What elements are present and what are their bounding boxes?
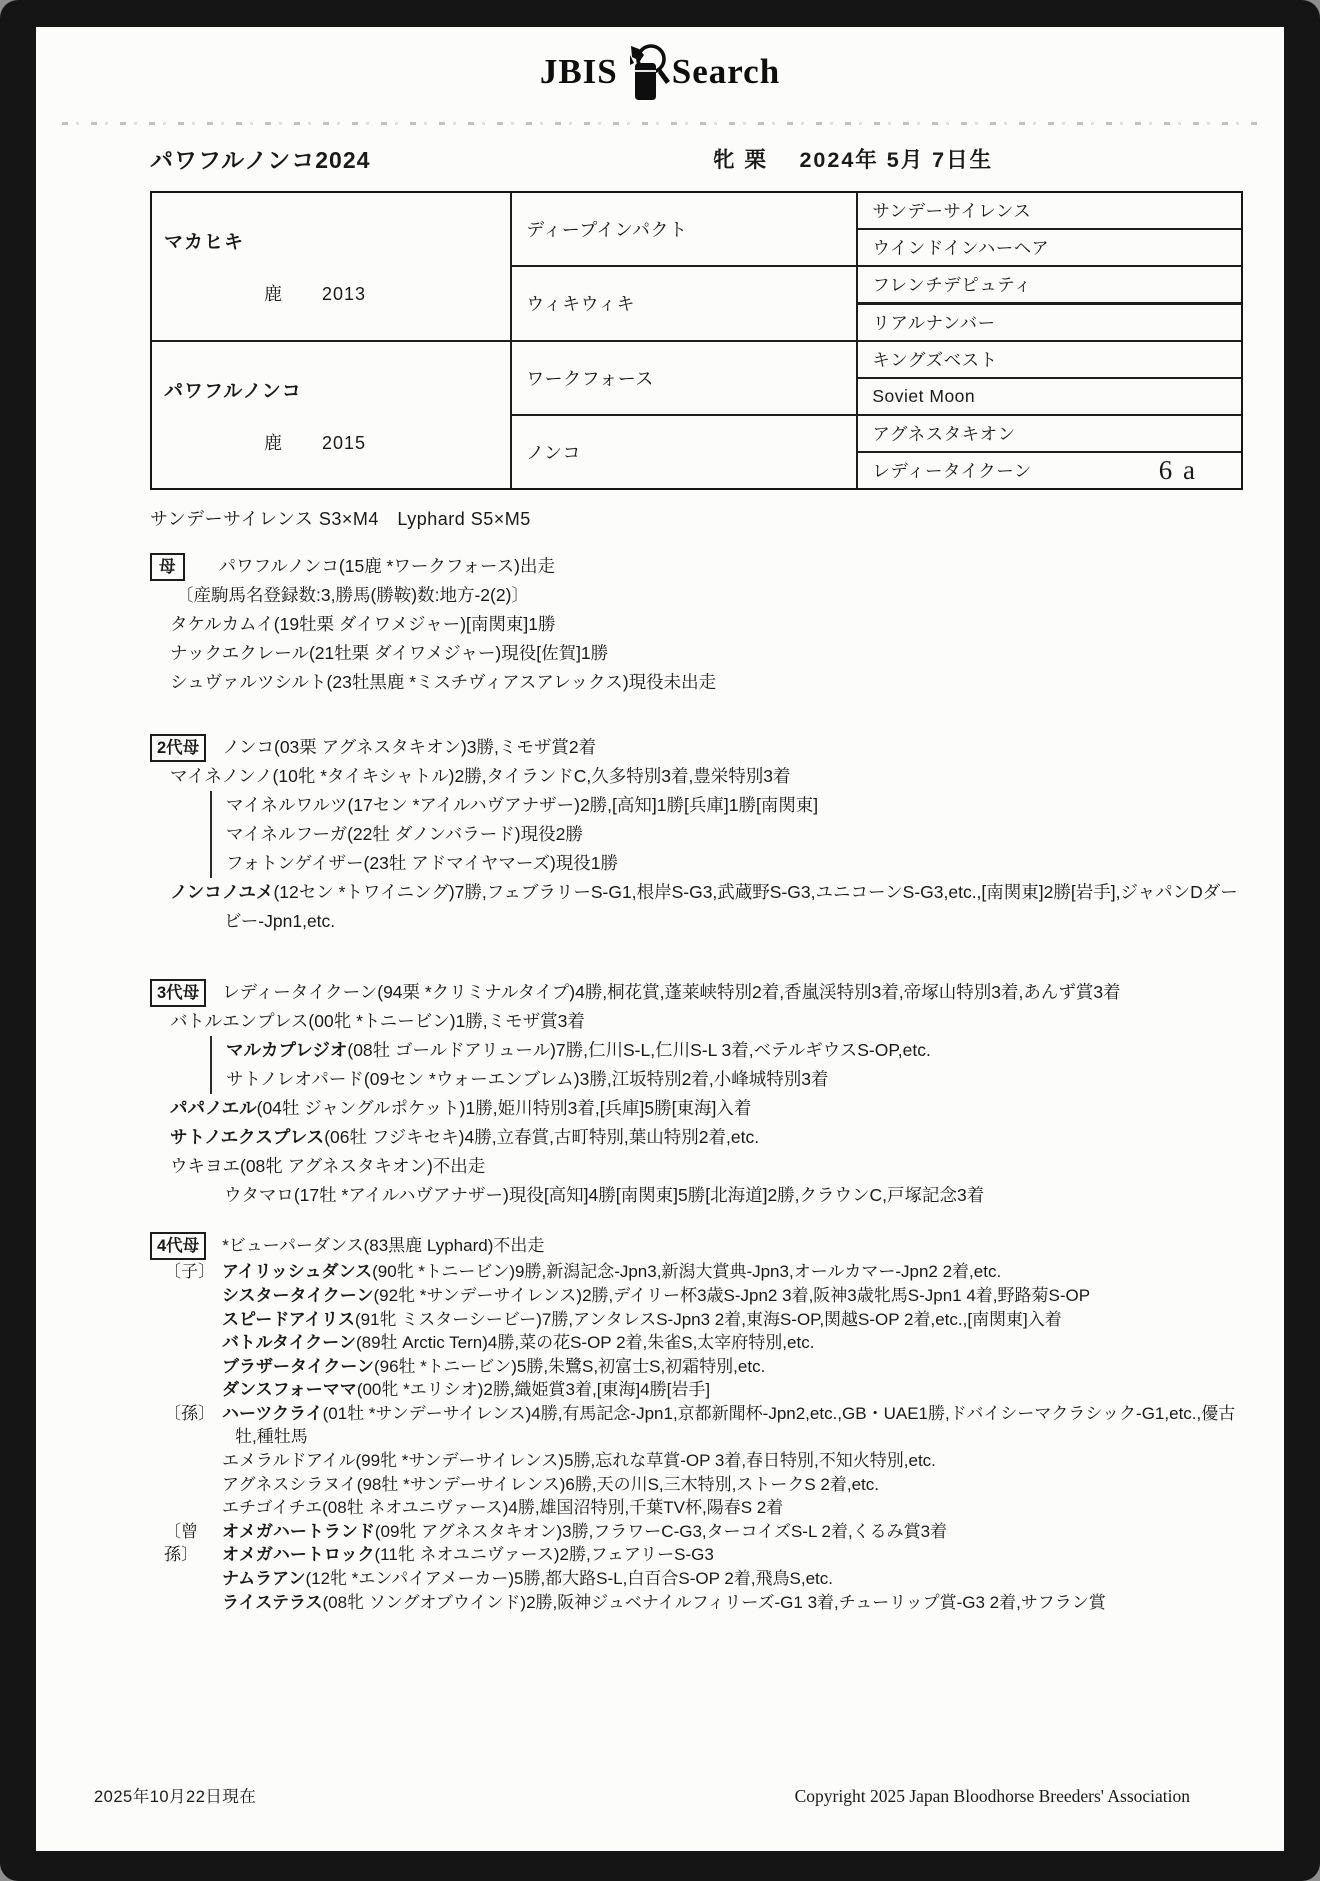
pedigree-entry: ナムラアン(12牝 *エンパイアメーカー)5勝,都大路S-L,白百合S-OP 2… xyxy=(222,1567,1246,1591)
document-content: パワフルノンコ2024 牝 栗 2024年 5月 7日生 マカヒキ 鹿2013 … xyxy=(150,142,1246,1614)
stakes-winner-name: ダンスフォーママ xyxy=(222,1380,357,1399)
pedigree-entry-text: (96牡 *トニービン)5勝,朱鷺S,初富士S,初霜特別,etc. xyxy=(374,1357,765,1376)
pedigree-entry: ブラザータイクーン(96牡 *トニービン)5勝,朱鷺S,初富士S,初霜特別,et… xyxy=(222,1355,1246,1379)
descendant-branch: マルカプレジオ(08牡 ゴールドアリュール)7勝,仁川S-L,仁川S-L 3着,… xyxy=(210,1036,1246,1094)
dam-coat: 鹿 xyxy=(264,433,282,453)
pedigree-entry: ダンスフォーママ(00牝 *エリシオ)2勝,織姫賞3着,[東海]4勝[岩手] xyxy=(222,1378,1246,1402)
stakes-winner-name: ナムラアン xyxy=(222,1569,305,1588)
dam-progeny-note: 〔産駒馬名登録数:3,勝馬(勝鞍)数:地方-2(2)〕 xyxy=(176,581,1246,610)
winner-name: サトノエクスプレス xyxy=(170,1127,324,1147)
logo-text-jbis: JBIS xyxy=(540,52,618,92)
descendant-branch: マイネルワルツ(17セン *アイルハヴアナザー)2勝,[高知]1勝[兵庫]1勝[… xyxy=(210,791,1246,878)
pedigree-line-text: (04牡 ジャングルポケット)1勝,姫川特別3着,[兵庫]5勝[東海]入着 xyxy=(257,1098,752,1118)
dam-year: 2015 xyxy=(322,433,366,453)
section-dam-label: 母 xyxy=(150,553,185,581)
stakes-winner-name: オメガハートロック xyxy=(222,1545,375,1564)
section-dam-head: 母パワフルノンコ(15鹿 *ワークフォース)出走 xyxy=(150,552,1246,581)
page-footer: 2025年10月22日現在 Copyright 2025 Japan Blood… xyxy=(94,1783,1190,1807)
pedigree-line: ノンコノユメ(12セン *トワイニング)7勝,フェブラリーS-G1,根岸S-G3… xyxy=(170,878,1246,936)
pedigree-line: ウキヨエ(08牝 アグネスタキオン)不出走 xyxy=(170,1152,1246,1181)
pedigree-entry: オメガハートランド(09牝 アグネスタキオン)3勝,フラワーC-G3,ターコイズ… xyxy=(222,1520,1246,1544)
section-dam: 母パワフルノンコ(15鹿 *ワークフォース)出走 〔産駒馬名登録数:3,勝馬(勝… xyxy=(150,552,1246,697)
section-third-dam-label: 3代母 xyxy=(150,979,206,1007)
group-entries: ハーツクライ(01牡 *サンデーサイレンス)4勝,有馬記念-Jpn1,京都新聞杯… xyxy=(222,1402,1246,1520)
section-third-dam-head-text: レディータイクーン(94栗 *クリミナルタイプ)4勝,桐花賞,蓬莱峡特別2着,香… xyxy=(222,982,1120,1002)
stakes-winner-name: シスタータイクーン xyxy=(222,1286,373,1305)
inbreeding-line: サンデーサイレンス S3×M4 Lyphard S5×M5 xyxy=(150,505,1246,531)
pedigree-cell-sire-sire: ディープインパクト xyxy=(512,193,856,265)
pedigree-cell-sire-dam: ウィキウィキ xyxy=(512,267,856,339)
winner-name: パパノエル xyxy=(170,1098,257,1118)
document-page: JBIS Search パワフルノンコ2024 牝 栗 2024年 5月 7日生… xyxy=(36,27,1284,1851)
title-row: パワフルノンコ2024 牝 栗 2024年 5月 7日生 xyxy=(150,142,1246,178)
pedigree-cell-gg2: ウインドインハーヘア xyxy=(858,230,1241,265)
pedigree-line: マイネルワルツ(17セン *アイルハヴアナザー)2勝,[高知]1勝[兵庫]1勝[… xyxy=(226,791,1246,820)
stakes-winner-name: マルカプレジオ xyxy=(226,1040,347,1060)
pedigree-line: フォトンゲイザー(23牡 アドマイヤマーズ)現役1勝 xyxy=(226,849,1246,878)
pedigree-cell-gg1: サンデーサイレンス xyxy=(858,193,1241,228)
section-fourth-dam-head: 4代母*ビューパーダンス(83黒鹿 Lyphard)不出走 xyxy=(150,1232,1246,1260)
pedigree-entry: ハーツクライ(01牡 *サンデーサイレンス)4勝,有馬記念-Jpn1,京都新聞杯… xyxy=(222,1402,1246,1449)
as-of-date: 2025年10月22日現在 xyxy=(94,1783,256,1807)
pedigree-cell-gg3: フレンチデピュティ xyxy=(858,267,1241,302)
pedigree-cell-sire: マカヒキ 鹿2013 xyxy=(152,193,510,340)
pedigree-line: サトノレオパード(09セン *ウォーエンブレム)3勝,江坂特別2着,小峰城特別3… xyxy=(226,1065,1246,1094)
dam-progeny-line: シュヴァルツシルト(23牡黒鹿 *ミスチヴィアスアレックス)現役未出走 xyxy=(170,668,1246,697)
dam-progeny-line: タケルカムイ(19牡栗 ダイワメジャー)[南関東]1勝 xyxy=(170,610,1246,639)
pedigree-cell-dam-dam: ノンコ xyxy=(512,416,856,488)
group-entries: アイリッシュダンス(90牝 *トニービン)9勝,新潟記念-Jpn3,新潟大賞典-… xyxy=(222,1260,1246,1402)
pedigree-line-text: (08牡 ゴールドアリュール)7勝,仁川S-L,仁川S-L 3着,ベテルギウスS… xyxy=(347,1040,930,1060)
pedigree-entry: シスタータイクーン(92牝 *サンデーサイレンス)2勝,デイリー杯3歳S-Jpn… xyxy=(222,1284,1246,1308)
pedigree-entry: アイリッシュダンス(90牝 *トニービン)9勝,新潟記念-Jpn3,新潟大賞典-… xyxy=(222,1260,1246,1284)
pedigree-line: マイネルフーガ(22牡 ダノンバラード)現役2勝 xyxy=(226,820,1246,849)
sire-year: 2013 xyxy=(322,284,366,304)
pedigree-entry-text: (09牝 アグネスタキオン)3勝,フラワーC-G3,ターコイズS-L 2着,くる… xyxy=(375,1522,947,1541)
stakes-winner-name: ノンコノユメ xyxy=(170,882,273,902)
section-fourth-dam: 4代母*ビューパーダンス(83黒鹿 Lyphard)不出走 〔子〕 アイリッシュ… xyxy=(150,1232,1246,1614)
section-dam-head-text: パワフルノンコ(15鹿 *ワークフォース)出走 xyxy=(219,556,555,576)
stakes-winner-name: アイリッシュダンス xyxy=(222,1262,372,1281)
stakes-winner-name: オメガハートランド xyxy=(222,1522,375,1541)
section-third-dam-head: 3代母レディータイクーン(94栗 *クリミナルタイプ)4勝,桐花賞,蓬莱峡特別2… xyxy=(150,978,1246,1007)
stakes-winner-name: スピードアイリス xyxy=(222,1310,355,1329)
pedigree-cell-gg4: リアルナンバー xyxy=(858,305,1241,340)
pedigree-cell-dam: パワフルノンコ 鹿2015 xyxy=(152,342,510,489)
pedigree-cell-gg7: アグネスタキオン xyxy=(858,416,1241,451)
pedigree-entry-text: (92牝 *サンデーサイレンス)2勝,デイリー杯3歳S-Jpn2 3着,阪神3歳… xyxy=(373,1286,1090,1305)
pedigree-entry: オメガハートロック(11牝 ネオユニヴァース)2勝,フェアリーS-G3 xyxy=(222,1543,1246,1567)
section-fourth-dam-label: 4代母 xyxy=(150,1232,206,1260)
pedigree-line-text: (12セン *トワイニング)7勝,フェブラリーS-G1,根岸S-G3,武蔵野S-… xyxy=(224,882,1238,931)
horse-magnifier-icon xyxy=(618,43,672,101)
pedigree-line: マルカプレジオ(08牡 ゴールドアリュール)7勝,仁川S-L,仁川S-L 3着,… xyxy=(226,1036,1246,1065)
pedigree-entry: バトルタイクーン(89牡 Arctic Tern)4勝,菜の花S-OP 2着,朱… xyxy=(222,1331,1246,1355)
section-third-dam: 3代母レディータイクーン(94栗 *クリミナルタイプ)4勝,桐花賞,蓬莱峡特別2… xyxy=(150,978,1246,1210)
pedigree-line-text: (06牡 フジキセキ)4勝,立春賞,古町特別,葉山特別2着,etc. xyxy=(324,1127,759,1147)
pedigree-line: サトノエクスプレス(06牡 フジキセキ)4勝,立春賞,古町特別,葉山特別2着,e… xyxy=(170,1123,1246,1152)
descendant-group-children: 〔子〕 アイリッシュダンス(90牝 *トニービン)9勝,新潟記念-Jpn3,新潟… xyxy=(150,1260,1246,1402)
logo-text-search: Search xyxy=(672,52,780,92)
scan-noise-band xyxy=(62,122,1258,125)
gg8-name: レディータイクーン xyxy=(872,458,1032,483)
pedigree-entry-text: (00牝 *エリシオ)2勝,織姫賞3着,[東海]4勝[岩手] xyxy=(357,1380,710,1399)
pedigree-line: マイネノンノ(10牝 *タイキシャトル)2勝,タイランドC,久多特別3着,豊栄特… xyxy=(170,762,1246,791)
group-entries: オメガハートランド(09牝 アグネスタキオン)3勝,フラワーC-G3,ターコイズ… xyxy=(222,1520,1246,1614)
stakes-winner-name: ハーツクライ xyxy=(222,1404,323,1423)
pedigree-line: バトルエンプレス(00牝 *トニービン)1勝,ミモザ賞3着 xyxy=(170,1007,1246,1036)
pedigree-entry-text: (89牡 Arctic Tern)4勝,菜の花S-OP 2着,朱雀S,太宰府特別… xyxy=(356,1333,814,1352)
pedigree-entry-text: (08牝 ソングオブウインド)2勝,阪神ジュベナイルフィリーズ-G1 3着,チュ… xyxy=(322,1593,1105,1612)
pedigree-entry: スピードアイリス(91牝 ミスターシービー)7勝,アンタレスS-Jpn3 2着,… xyxy=(222,1308,1246,1332)
horse-name-title: パワフルノンコ2024 xyxy=(150,147,370,173)
pedigree-entry: エメラルドアイル(99牝 *サンデーサイレンス)5勝,忘れな草賞-OP 3着,春… xyxy=(222,1449,1246,1473)
copyright-text: Copyright 2025 Japan Bloodhorse Breeders… xyxy=(795,1786,1190,1807)
pedigree-entry-text: (11牝 ネオユニヴァース)2勝,フェアリーS-G3 xyxy=(375,1545,714,1564)
stakes-winner-name: バトルタイクーン xyxy=(222,1333,356,1352)
pedigree-cell-dam-sire: ワークフォース xyxy=(512,342,856,414)
stakes-winner-name: ブラザータイクーン xyxy=(222,1357,374,1376)
group-tag: 〔曾孫〕 xyxy=(164,1520,222,1614)
pedigree-line: ウタマロ(17牡 *アイルハヴアナザー)現役[高知]4勝[南関東]5勝[北海道]… xyxy=(224,1181,1246,1210)
pedigree-cell-gg8: レディータイクーン 6 a xyxy=(858,453,1241,488)
dam-progeny-line: ナックエクレール(21牡栗 ダイワメジャー)現役[佐賀]1勝 xyxy=(170,639,1246,668)
pedigree-table: マカヒキ 鹿2013 ディープインパクト サンデーサイレンス ウインドインハーヘ… xyxy=(150,191,1243,490)
family-number: 6 a xyxy=(1159,455,1197,486)
sex-coat-birthdate: 牝 栗 2024年 5月 7日生 xyxy=(713,143,993,174)
pedigree-entry: アグネスシラヌイ(98牡 *サンデーサイレンス)6勝,天の川S,三木特別,ストー… xyxy=(222,1473,1246,1497)
dam-name: パワフルノンコ xyxy=(164,376,510,403)
section-granddam-head: 2代母ノンコ(03栗 アグネスタキオン)3勝,ミモザ賞2着 xyxy=(150,733,1246,762)
pedigree-line: パパノエル(04牡 ジャングルポケット)1勝,姫川特別3着,[兵庫]5勝[東海]… xyxy=(170,1094,1246,1123)
section-fourth-dam-head-text: *ビューパーダンス(83黒鹿 Lyphard)不出走 xyxy=(222,1236,544,1255)
pedigree-cell-gg6: Soviet Moon xyxy=(858,379,1241,414)
group-tag: 〔子〕 xyxy=(164,1260,222,1402)
section-granddam-label: 2代母 xyxy=(150,734,206,762)
descendant-group-grandchildren: 〔孫〕 ハーツクライ(01牡 *サンデーサイレンス)4勝,有馬記念-Jpn1,京… xyxy=(150,1402,1246,1520)
pedigree-entry-text: (90牝 *トニービン)9勝,新潟記念-Jpn3,新潟大賞典-Jpn3,オールカ… xyxy=(372,1262,1001,1281)
group-tag: 〔孫〕 xyxy=(164,1402,222,1520)
sire-coat-year: 鹿2013 xyxy=(164,280,510,306)
sire-coat: 鹿 xyxy=(264,284,282,304)
pedigree-entry: ライステラス(08牝 ソングオブウインド)2勝,阪神ジュベナイルフィリーズ-G1… xyxy=(222,1591,1246,1615)
pedigree-entry-text: (91牝 ミスターシービー)7勝,アンタレスS-Jpn3 2着,東海S-OP,関… xyxy=(355,1310,1062,1329)
pedigree-entry-text: (12牝 *エンパイアメーカー)5勝,都大路S-L,白百合S-OP 2着,飛鳥S… xyxy=(305,1569,832,1588)
screen-frame: JBIS Search パワフルノンコ2024 牝 栗 2024年 5月 7日生… xyxy=(0,0,1320,1881)
section-granddam: 2代母ノンコ(03栗 アグネスタキオン)3勝,ミモザ賞2着 マイネノンノ(10牝… xyxy=(150,733,1246,936)
pedigree-entry: エチゴイチエ(08牡 ネオユニヴァース)4勝,雄国沼特別,千葉TV杯,陽春S 2… xyxy=(222,1496,1246,1520)
dam-coat-year: 鹿2015 xyxy=(164,429,510,455)
section-granddam-head-text: ノンコ(03栗 アグネスタキオン)3勝,ミモザ賞2着 xyxy=(222,737,596,757)
pedigree-cell-gg5: キングズベスト xyxy=(858,342,1241,377)
stakes-winner-name: ライステラス xyxy=(222,1593,322,1612)
pedigree-entry-text: (01牡 *サンデーサイレンス)4勝,有馬記念-Jpn1,京都新聞杯-Jpn2,… xyxy=(235,1404,1235,1447)
descendant-group-greatgrandchildren: 〔曾孫〕 オメガハートランド(09牝 アグネスタキオン)3勝,フラワーC-G3,… xyxy=(150,1520,1246,1614)
sire-name: マカヒキ xyxy=(164,227,510,254)
jbis-search-logo: JBIS Search xyxy=(36,43,1284,101)
